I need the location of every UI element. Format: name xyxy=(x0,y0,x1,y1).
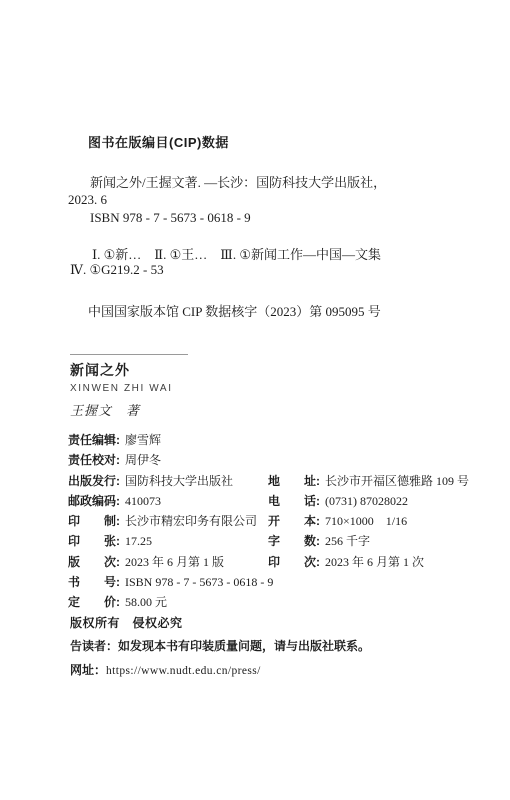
colophon-label: 地 址: xyxy=(268,474,320,488)
colophon-value: (0731) 87028022 xyxy=(325,494,408,508)
cip-classification-line-1: Ⅰ. ①新… Ⅱ. ①王… Ⅲ. ①新闻工作—中国—文集 xyxy=(92,244,381,263)
cip-isbn-line: ISBN 978 - 7 - 5673 - 0618 - 9 xyxy=(90,210,251,226)
website-line: 网址：https://www.nudt.edu.cn/press/ xyxy=(70,661,261,678)
copyright-notice: 版权所有 侵权必究 xyxy=(70,614,183,631)
colophon-value: ISBN 978 - 7 - 5673 - 0618 - 9 xyxy=(125,575,273,589)
cip-classification-line-2: Ⅳ. ①G219.2 - 53 xyxy=(70,262,164,278)
website-url: https://www.nudt.edu.cn/press/ xyxy=(106,665,261,677)
website-label: 网址： xyxy=(70,663,106,677)
colophon-row-proofreader: 责任校对:周伊冬 xyxy=(68,450,273,470)
colophon-label: 印 制: xyxy=(68,514,120,528)
book-title-pinyin: XINWEN ZHI WAI xyxy=(70,383,173,394)
colophon-row-publisher: 出版发行:国防科技大学出版社 xyxy=(68,471,273,491)
reader-notice: 告读者：如发现本书有印装质量问题，请与出版社联系。 xyxy=(70,637,370,654)
colophon-label: 印 张: xyxy=(68,534,120,548)
colophon-label: 定 价: xyxy=(68,595,120,609)
colophon-label: 印 次: xyxy=(268,555,320,569)
colophon-row-format: 开 本:710×1000 1/16 xyxy=(268,511,469,531)
colophon-label: 字 数: xyxy=(268,534,320,548)
cip-record-number-line: 中国国家版本馆 CIP 数据核字（2023）第 095095 号 xyxy=(88,301,381,320)
colophon-row-sheets: 印 张:17.25 xyxy=(68,531,273,551)
colophon-label: 责任校对: xyxy=(68,453,120,467)
colophon-row-postcode: 邮政编码:410073 xyxy=(68,491,273,511)
colophon-row-edition: 版 次:2023 年 6 月第 1 版 xyxy=(68,552,273,572)
colophon-value: 58.00 元 xyxy=(125,595,167,609)
colophon-label: 书 号: xyxy=(68,575,120,589)
reader-notice-label: 告读者： xyxy=(70,639,118,653)
cip-entry-line-1: 新闻之外/王握文著. —长沙：国防科技大学出版社， xyxy=(90,172,386,191)
colophon-row-wordcount: 字 数:256 千字 xyxy=(268,531,469,551)
colophon-label: 开 本: xyxy=(268,514,320,528)
colophon-value: 长沙市开福区德雅路 109 号 xyxy=(325,474,469,488)
colophon-value: 256 千字 xyxy=(325,534,370,548)
colophon-label: 责任编辑: xyxy=(68,433,120,447)
colophon-right-column: 地 址:长沙市开福区德雅路 109 号 电 话:(0731) 87028022 … xyxy=(268,471,469,572)
colophon-row-printer: 印 制:长沙市精宏印务有限公司 xyxy=(68,511,273,531)
colophon-label: 邮政编码: xyxy=(68,494,120,508)
colophon-value: 廖雪辉 xyxy=(125,433,161,447)
colophon-row-isbn: 书 号:ISBN 978 - 7 - 5673 - 0618 - 9 xyxy=(68,572,273,592)
colophon-value: 周伊冬 xyxy=(125,453,161,467)
colophon-label: 电 话: xyxy=(268,494,320,508)
reader-notice-text: 如发现本书有印装质量问题，请与出版社联系。 xyxy=(118,639,370,653)
colophon-row-price: 定 价:58.00 元 xyxy=(68,592,273,612)
cip-entry-line-2: 2023. 6 xyxy=(68,192,107,208)
colophon-value: 2023 年 6 月第 1 版 xyxy=(125,555,224,569)
colophon-label: 版 次: xyxy=(68,555,120,569)
colophon-value: 710×1000 1/16 xyxy=(325,514,407,528)
colophon-left-column: 责任编辑:廖雪辉 责任校对:周伊冬 出版发行:国防科技大学出版社 邮政编码:41… xyxy=(68,430,273,613)
book-copyright-page: 图书在版编目(CIP)数据 新闻之外/王握文著. —长沙：国防科技大学出版社， … xyxy=(0,0,510,800)
colophon-value: 2023 年 6 月第 1 次 xyxy=(325,555,424,569)
colophon-row-phone: 电 话:(0731) 87028022 xyxy=(268,491,469,511)
colophon-value: 国防科技大学出版社 xyxy=(125,474,233,488)
colophon-row-printing: 印 次:2023 年 6 月第 1 次 xyxy=(268,552,469,572)
title-divider-rule xyxy=(70,354,188,355)
colophon-value: 长沙市精宏印务有限公司 xyxy=(125,514,257,528)
colophon-label: 出版发行: xyxy=(68,474,120,488)
book-author: 王握文 著 xyxy=(70,400,140,419)
book-title: 新闻之外 xyxy=(70,360,130,380)
colophon-value: 17.25 xyxy=(125,534,152,548)
colophon-row-editor: 责任编辑:廖雪辉 xyxy=(68,430,273,450)
colophon-value: 410073 xyxy=(125,494,161,508)
colophon-row-address: 地 址:长沙市开福区德雅路 109 号 xyxy=(268,471,469,491)
cip-header: 图书在版编目(CIP)数据 xyxy=(88,132,229,151)
